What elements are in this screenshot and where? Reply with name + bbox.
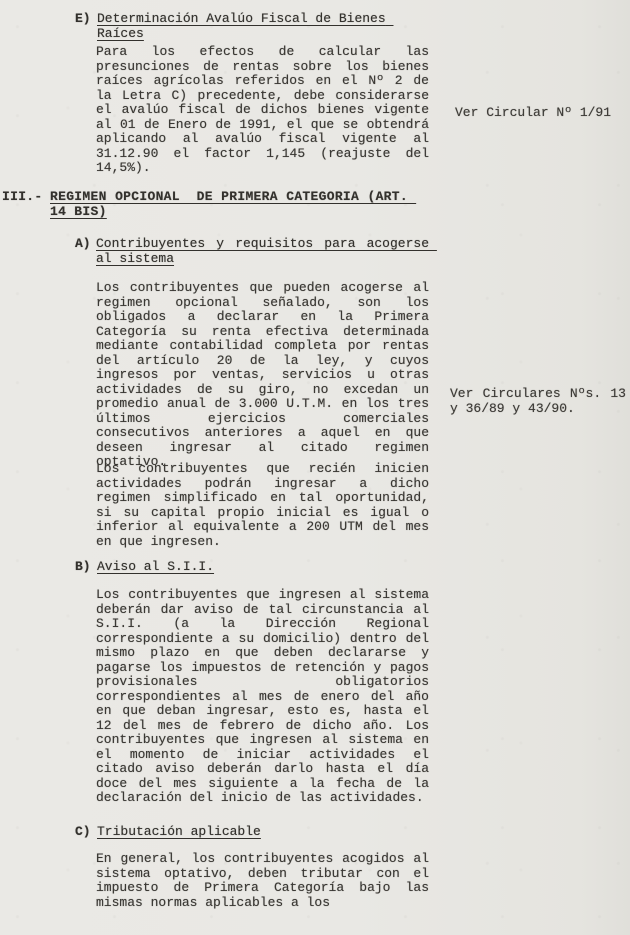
sub-b-letter: B)	[75, 560, 91, 575]
sub-a-letter: A)	[75, 237, 91, 252]
sub-b-paragraph: Los contribuyentes que ingresen al siste…	[96, 588, 429, 806]
section-e-paragraph: Para los efectos de calcular las presunc…	[96, 45, 429, 176]
margin-note-circulares-13-36-43: Ver Circulares Nºs. 13 y 36/89 y 43/90.	[450, 387, 626, 416]
sub-a-paragraph-2: Los contribuyentes que recién inicien ac…	[96, 462, 429, 549]
sub-a-paragraph-1: Los contribuyentes que pueden acogerse a…	[96, 281, 429, 470]
sub-c-letter: C)	[75, 825, 91, 840]
scanned-document-page: E) Determinación Avalúo Fiscal de Bienes…	[0, 0, 630, 935]
section-e-title: Determinación Avalúo Fiscal de Bienes Ra…	[97, 12, 437, 41]
sub-c-paragraph: En general, los contribuyentes acogidos …	[96, 852, 429, 910]
sub-c-title: Tributación aplicable	[97, 825, 261, 840]
sub-b-title: Aviso al S.I.I.	[97, 560, 214, 575]
sub-a-title: Contribuyentes y requisitos para acogers…	[96, 237, 429, 266]
section-iii-numeral: III.-	[2, 190, 43, 205]
margin-note-circular-1-91: Ver Circular Nº 1/91	[455, 106, 625, 121]
section-iii-title: REGIMEN OPCIONAL DE PRIMERA CATEGORIA (A…	[50, 190, 408, 219]
section-e-letter: E)	[75, 12, 91, 27]
